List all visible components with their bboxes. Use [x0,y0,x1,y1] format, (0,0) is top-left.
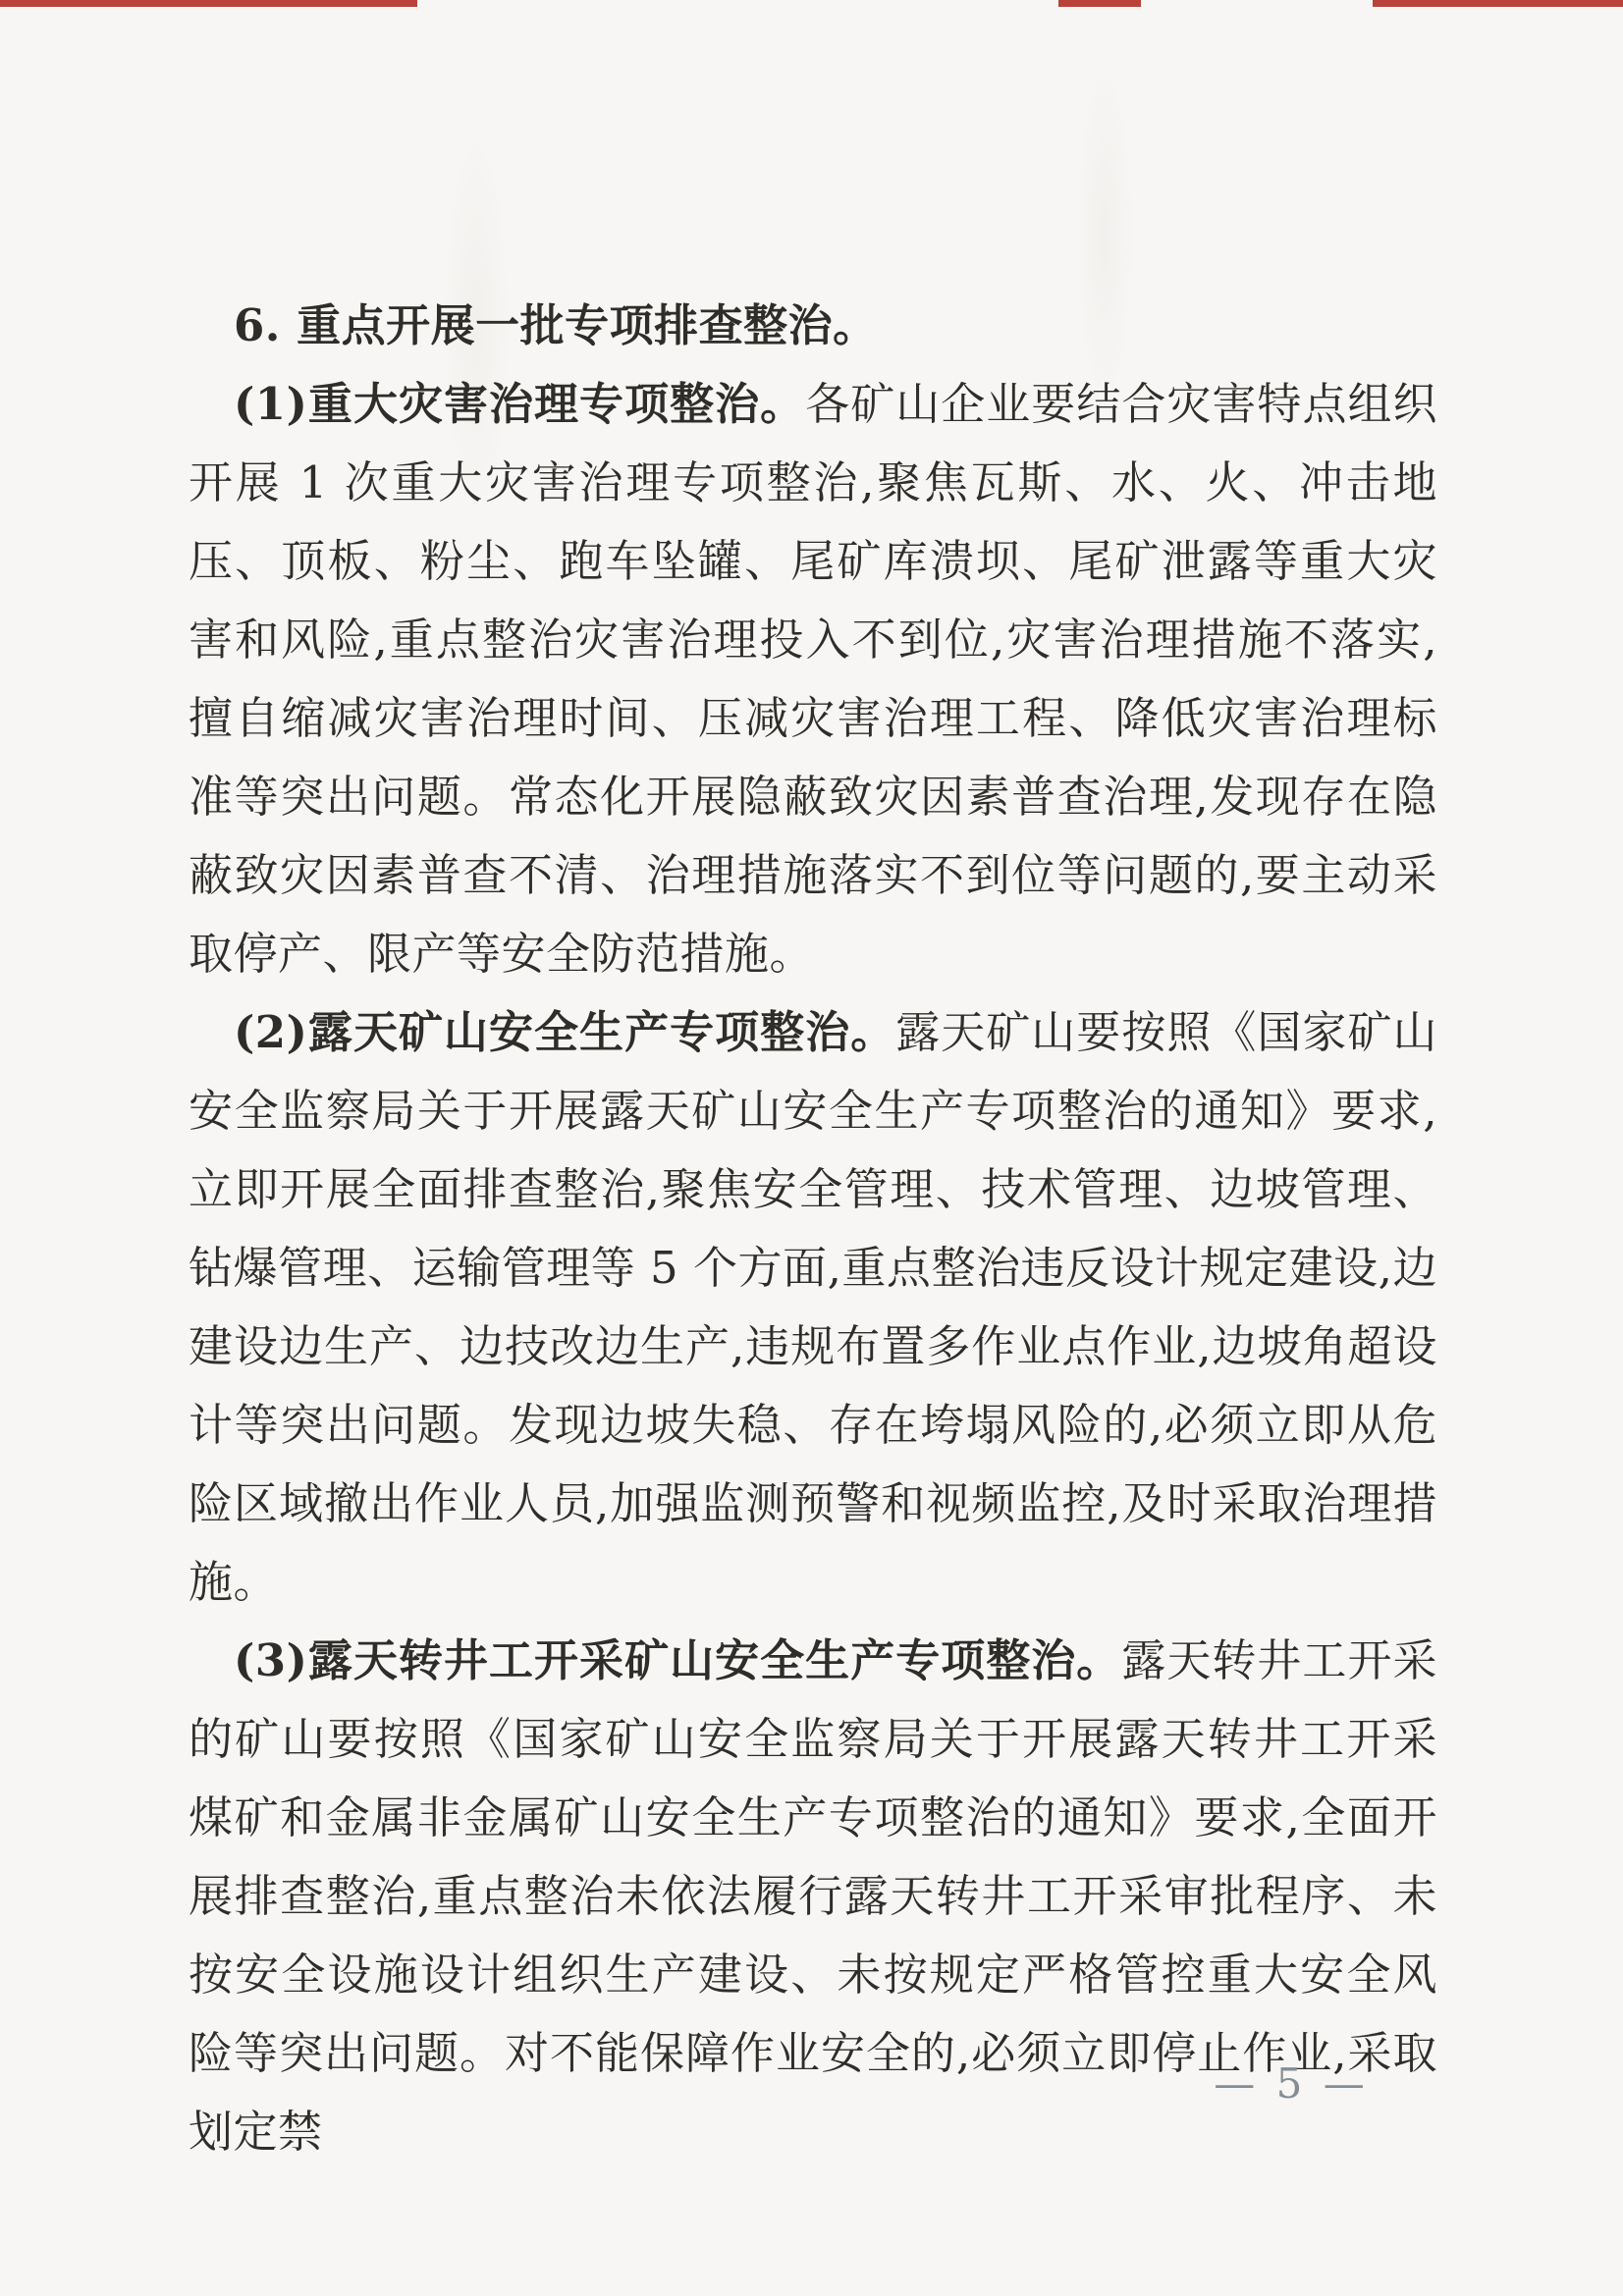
paragraph-3-lead: (3)露天转井工开采矿山安全生产专项整治。 [234,1634,1121,1686]
section-heading: 6. 重点开展一批专项排查整治。 [189,287,1437,365]
document-body: 6. 重点开展一批专项排查整治。 (1)重大灾害治理专项整治。各矿山企业要结合灾… [189,0,1437,2171]
page-number: — 5 — [1193,2059,1389,2109]
paragraph-1-lead: (1)重大灾害治理专项整治。 [234,378,805,430]
paragraph-2-body: 露天矿山要按照《国家矿山安全监察局关于开展露天矿山安全生产专项整治的通知》要求,… [189,1006,1437,1608]
paragraph-1: (1)重大灾害治理专项整治。各矿山企业要结合灾害特点组织开展 1 次重大灾害治理… [189,365,1437,993]
scanned-document-page: 6. 重点开展一批专项排查整治。 (1)重大灾害治理专项整治。各矿山企业要结合灾… [0,0,1623,2296]
paragraph-2: (2)露天矿山安全生产专项整治。露天矿山要按照《国家矿山安全监察局关于开展露天矿… [189,993,1437,1622]
paragraph-1-body: 各矿山企业要结合灾害特点组织开展 1 次重大灾害治理专项整治,聚焦瓦斯、水、火、… [189,378,1437,980]
paragraph-2-lead: (2)露天矿山安全生产专项整治。 [234,1006,895,1058]
